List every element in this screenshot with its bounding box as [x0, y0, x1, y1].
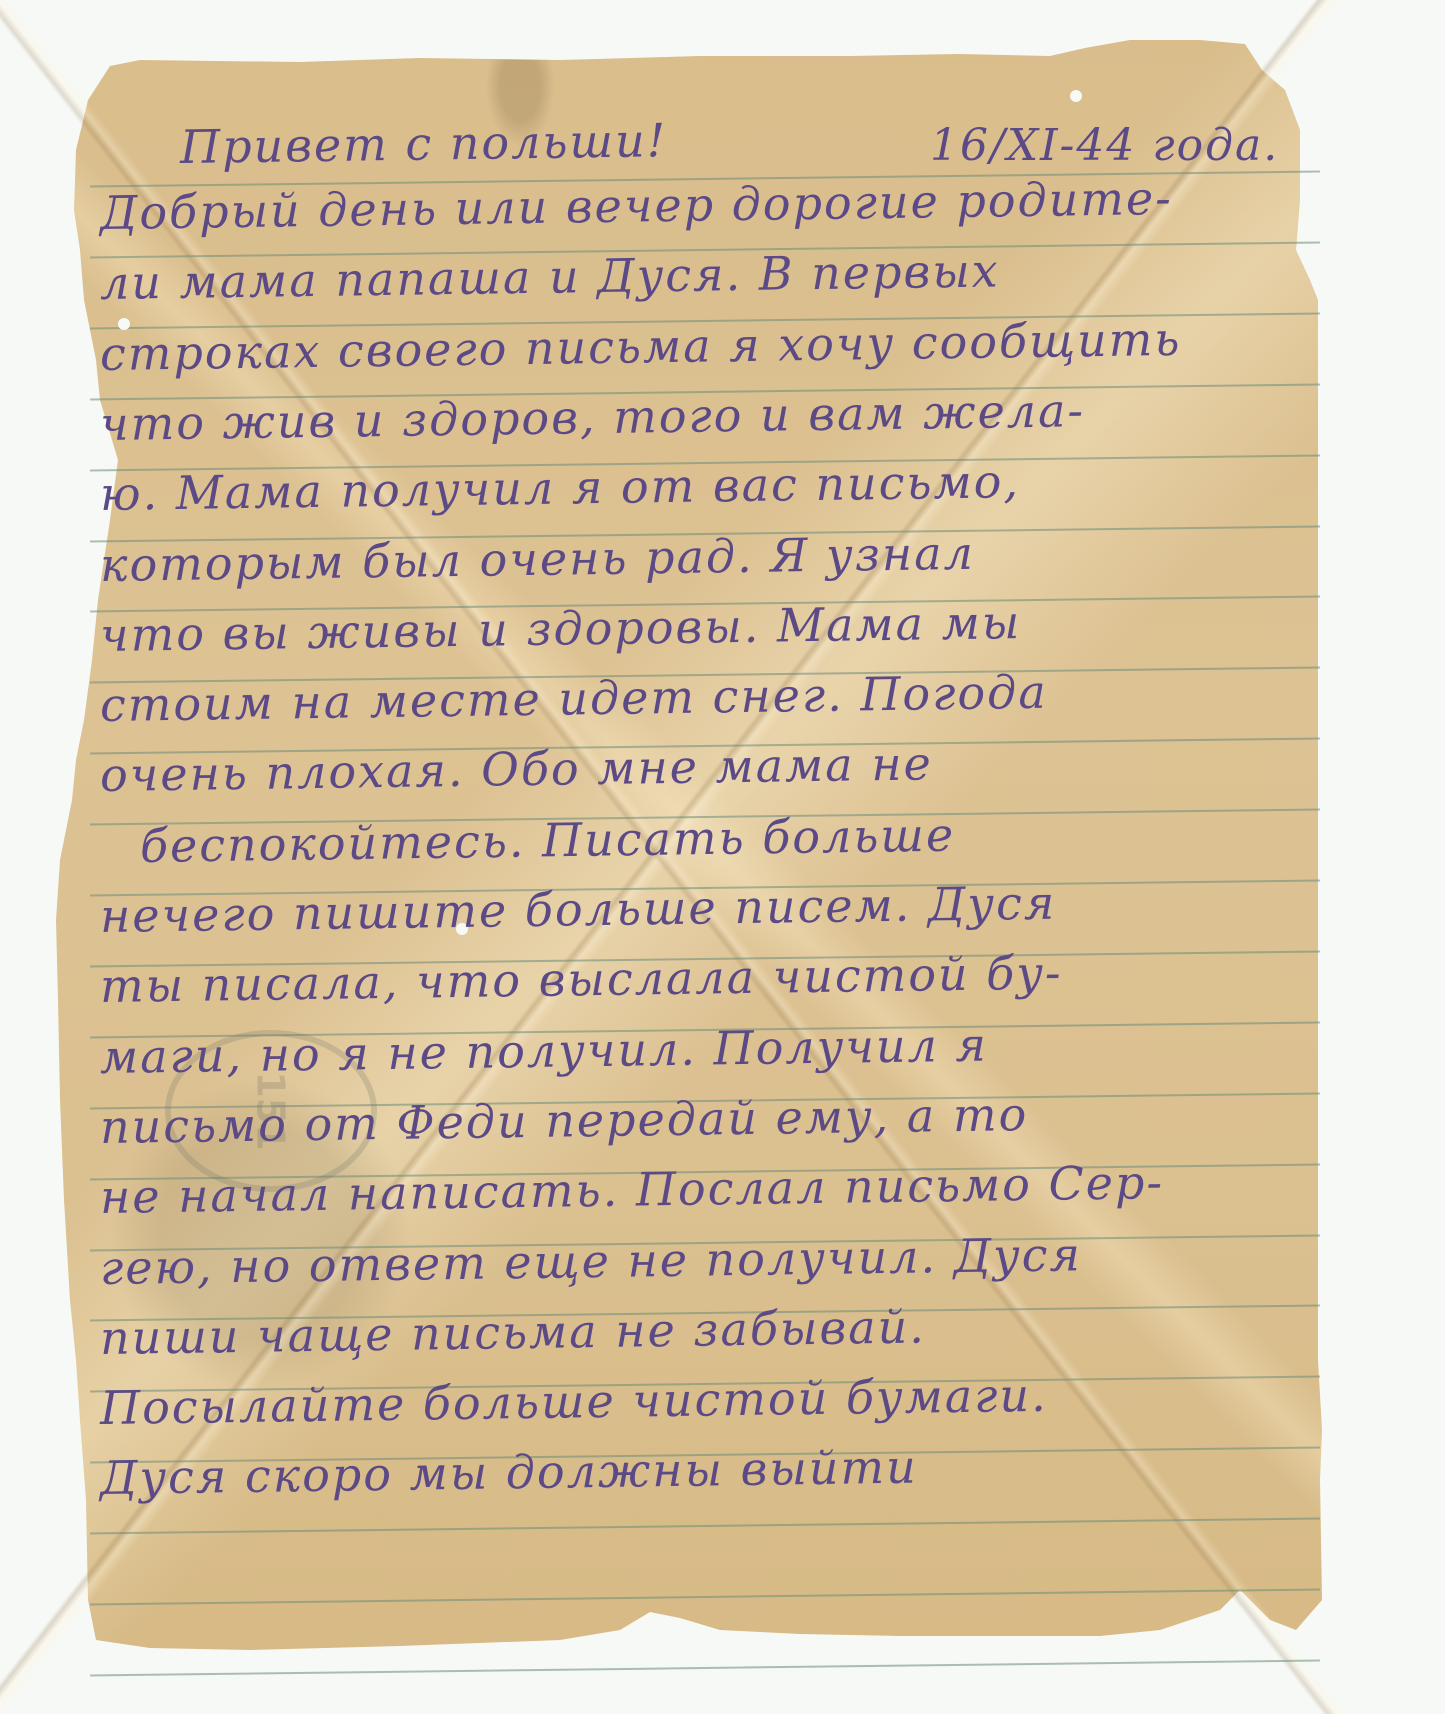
letter-line: беспокойтесь. Писать больше	[140, 807, 956, 872]
letter-line: пиши чаще письма не забывай.	[100, 1299, 927, 1365]
letter-greeting: Привет с польши!	[180, 113, 668, 174]
letter-date: 16/XI-44 года.	[930, 120, 1279, 171]
letter-line: которым был очень рад. Я узнал	[100, 525, 976, 591]
ruled-line	[90, 1518, 1320, 1535]
ruled-line	[90, 1588, 1320, 1605]
pin-hole	[1070, 90, 1082, 102]
ruled-line	[90, 1659, 1320, 1676]
